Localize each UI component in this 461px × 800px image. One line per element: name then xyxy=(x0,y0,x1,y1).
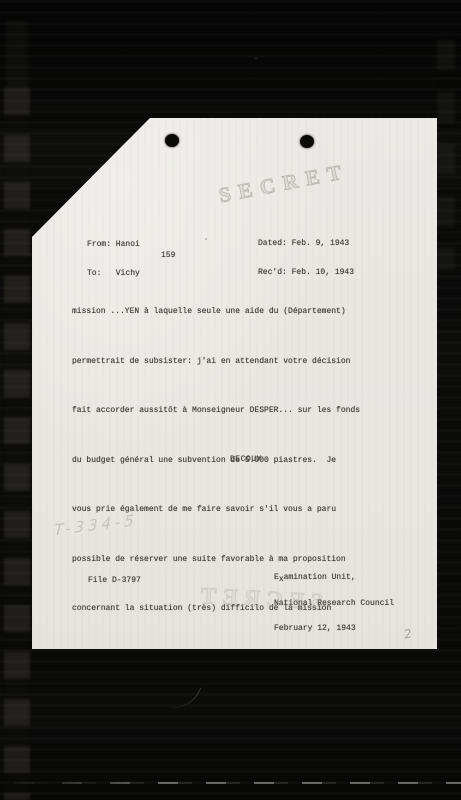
document-page: SECRET From: Hanoi To: Vichy Dated: Feb.… xyxy=(32,118,437,649)
body-line: du budget général une subvention de 5.00… xyxy=(72,453,360,470)
body-line: de Dakhar ... signalée dans mon télégram… xyxy=(72,651,360,668)
exam-line1-dropped-x: x xyxy=(279,575,284,584)
body-line: permettrait de subsister: j'ai en attend… xyxy=(72,354,360,371)
file-number: File D-3797 xyxy=(88,576,141,586)
film-artifact-left-top xyxy=(6,20,28,90)
film-band xyxy=(0,688,461,744)
ink-speck xyxy=(205,238,207,240)
signature-decoux: DECOUX xyxy=(230,455,262,465)
telegram-number: 159 xyxy=(161,251,175,261)
body-line: fait accorder aussitôt à Monseigneur DES… xyxy=(72,403,360,420)
hole-punch-left xyxy=(165,134,179,147)
examination-unit-line: Examination Unit, xyxy=(274,574,394,583)
dated-line: Dated: Feb. 9, 1943 xyxy=(258,239,354,249)
exam-line1-rest: amination Unit, xyxy=(284,573,356,582)
corner-annotation: 2 xyxy=(403,626,413,641)
from-line: From: Hanoi xyxy=(87,240,140,250)
microfilm-scan: SECRET From: Hanoi To: Vichy Dated: Feb.… xyxy=(0,0,461,800)
dust-speck xyxy=(255,58,257,59)
film-scratch-line xyxy=(0,782,461,784)
secret-stamp: SECRET xyxy=(217,159,351,209)
body-line: mission ...YEN à laquelle seule une aide… xyxy=(72,304,360,321)
examination-date-line: February 12, 1943 xyxy=(274,625,394,634)
hole-punch-right xyxy=(300,135,314,148)
telegram-body: mission ...YEN à laquelle seule une aide… xyxy=(72,271,360,750)
